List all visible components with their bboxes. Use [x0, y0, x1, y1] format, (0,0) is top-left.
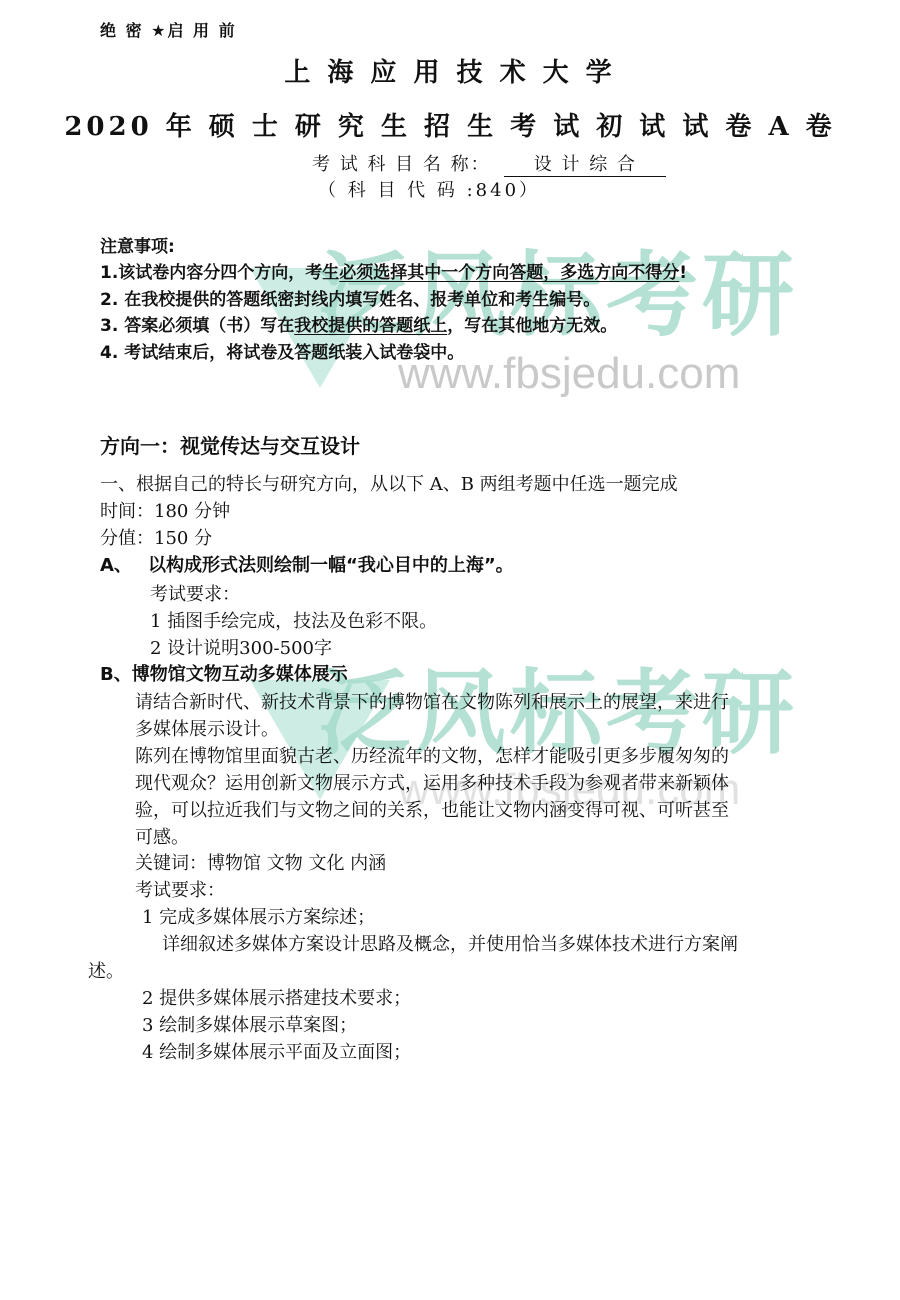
university-name: 上 海 应 用 技 术 大 学 — [0, 52, 900, 89]
note-item: 1.该试卷内容分四个方向，考生必须选择其中一个方向答题，多选方向不得分! — [100, 258, 687, 283]
question-b-paragraph: 请结合新时代、新技术背景下的博物馆在文物陈列和展示上的展望，来进行 — [135, 688, 729, 714]
question-a-label: A、 — [100, 551, 148, 577]
score-value: 分值：150 分 — [100, 524, 212, 550]
exam-title: 2020 年 硕 士 研 究 生 招 生 考 试 初 试 试 卷 A 卷 — [0, 106, 900, 143]
question-b-req-detail: 述。 — [88, 957, 124, 983]
question-b-keywords: 关键词：博物馆 文物 文化 内涵 — [135, 849, 386, 875]
question-b-paragraph: 验，可以拉近我们与文物之间的关系，也能让文物内涵变得可视、可听甚至 — [135, 796, 729, 822]
question-a-req-title: 考试要求： — [150, 580, 240, 606]
question-b-label: B、 — [100, 664, 132, 685]
question-b-paragraph: 陈列在博物馆里面貌古老、历经流年的文物，怎样才能吸引更多步履匆匆的 — [135, 742, 729, 768]
section-intro: 一、根据自己的特长与研究方向，从以下 A、B 两组考题中任选一题完成 — [100, 470, 678, 496]
question-b-paragraph: 现代观众？运用创新文物展示方式，运用多种技术手段为参观者带来新颖体 — [135, 769, 729, 795]
note-item: 4. 考试结束后，将试卷及答题纸装入试卷袋中。 — [100, 338, 464, 363]
question-b-req-title: 考试要求： — [135, 876, 225, 902]
question-a-req: 1 插图手绘完成，技法及色彩不限。 — [150, 607, 437, 633]
subject-label: 考 试 科 目 名 称： — [312, 154, 491, 175]
question-b: B、博物馆文物互动多媒体展示 — [100, 660, 348, 686]
question-a-req: 2 设计说明300-500字 — [150, 634, 332, 660]
section-title: 方向一：视觉传达与交互设计 — [100, 430, 360, 459]
question-b-req: 3 绘制多媒体展示草案图； — [142, 1011, 357, 1037]
subject-row: 考 试 科 目 名 称： 设 计 综 合 — [312, 150, 666, 177]
secrecy-label: 绝 密 ★启 用 前 — [100, 18, 237, 41]
question-b-title: 博物馆文物互动多媒体展示 — [132, 664, 348, 685]
note-item: 2. 在我校提供的答题纸密封线内填写姓名、报考单位和考生编号。 — [100, 285, 600, 310]
time-limit: 时间：180 分钟 — [100, 497, 230, 523]
question-b-req: 2 提供多媒体展示搭建技术要求； — [142, 984, 411, 1010]
question-b-req: 1 完成多媒体展示方案综述； — [142, 903, 375, 929]
question-a: A、以构成形式法则绘制一幅“我心目中的上海”。 — [100, 551, 514, 577]
subject-name: 设 计 综 合 — [504, 150, 666, 177]
question-b-req: 4 绘制多媒体展示平面及立面图； — [142, 1038, 411, 1064]
question-a-title: 以构成形式法则绘制一幅“我心目中的上海”。 — [148, 555, 514, 576]
subject-code: （ 科 目 代 码 :840） — [318, 176, 540, 202]
question-b-paragraph: 可感。 — [135, 823, 189, 849]
question-b-paragraph: 多媒体展示设计。 — [135, 715, 279, 741]
notes-title: 注意事项: — [100, 232, 175, 257]
question-b-req-detail: 详细叙述多媒体方案设计思路及概念，并使用恰当多媒体技术进行方案阐 — [162, 930, 738, 956]
note-item: 3. 答案必须填（书）写在我校提供的答题纸上，写在其他地方无效。 — [100, 311, 617, 336]
